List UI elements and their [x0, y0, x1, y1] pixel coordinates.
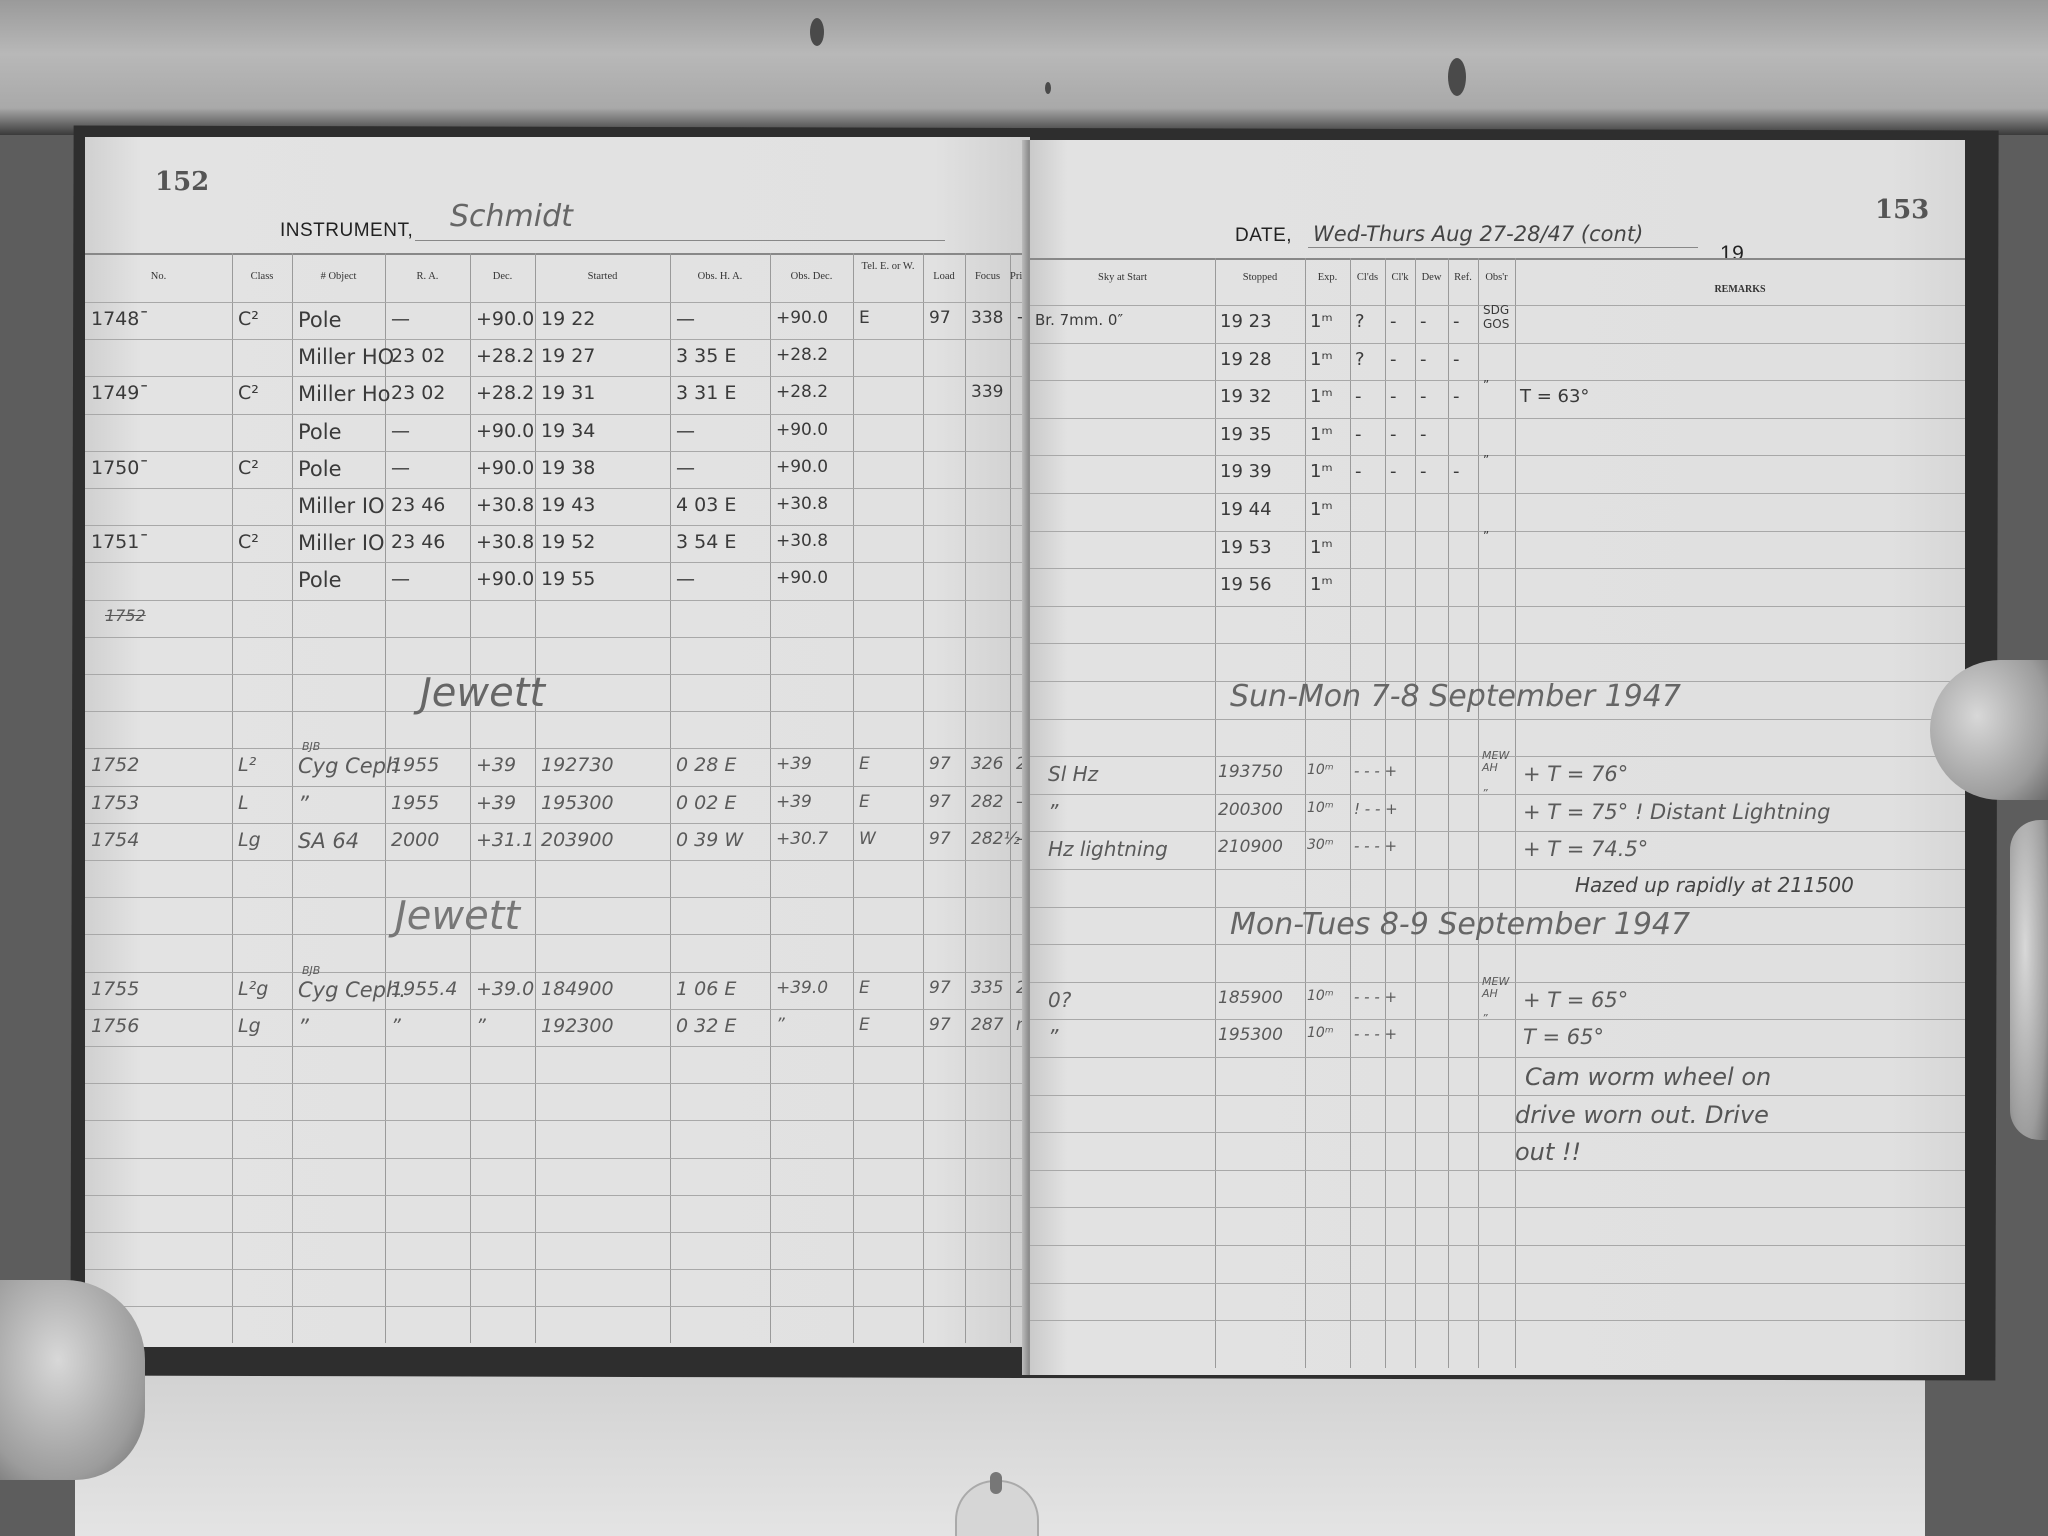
ledger-cell-dec: +28.2	[476, 382, 534, 404]
ledger-cell-object: Miller IO	[298, 531, 385, 555]
row-rule	[85, 1009, 1030, 1010]
row-rule	[1030, 1320, 1965, 1321]
ledger-cell-started: 19 34	[541, 420, 595, 442]
ledger-cell-focus: 339	[971, 382, 1003, 402]
ledger-cell-load: 97	[929, 308, 951, 328]
ledger-cell-object: Miller Ho	[298, 382, 391, 406]
ledger-cell-clk: -	[1390, 461, 1397, 482]
ledger-cell-tel: E	[859, 792, 870, 812]
row-rule	[85, 748, 1030, 749]
ledger-cell-remarks: T = 65°	[1523, 1025, 1604, 1049]
ledger-cell-focus: 326	[971, 754, 1003, 774]
object-note: BJB	[302, 964, 320, 977]
column-rule	[965, 253, 966, 1343]
ledger-cell-object: Cyg Ceph	[298, 754, 399, 778]
rule-top	[1030, 258, 1965, 260]
ledger-cell-no: 1750ˉ	[91, 457, 149, 479]
instrument-value: Schmidt	[450, 199, 573, 234]
ledger-cell-clk: -	[1390, 386, 1397, 407]
ledger-cell-dew: -	[1420, 424, 1427, 445]
ledger-cell-dew: -	[1420, 311, 1427, 332]
column-header: No.	[85, 271, 232, 283]
column-rule	[470, 253, 471, 1343]
column-rule	[1478, 258, 1479, 1368]
column-rule	[1350, 258, 1351, 1368]
ledger-cell-ref: -	[1453, 461, 1460, 482]
ledger-cell-dec: +90.0	[476, 308, 534, 330]
ledger-cell-focus: 282	[971, 792, 1003, 812]
ledger-cell-no: 1751ˉ	[91, 531, 149, 553]
ledger-cell-dec: +90.0	[476, 568, 534, 590]
column-header: Tel. E. or W.	[853, 261, 923, 273]
row-rule	[85, 674, 1030, 675]
ledger-cell-sky: Sl Hz	[1048, 762, 1098, 786]
row-rule	[85, 600, 1030, 601]
year-prefix: 19	[1720, 242, 1744, 266]
ledger-cell-class: C²	[238, 457, 259, 479]
ledger-cell-obs_ha: —	[676, 420, 695, 442]
ledger-cell-obs_ha: 1 06 E	[676, 978, 736, 1000]
ledger-cell-marks: ! - - +	[1354, 800, 1398, 818]
ledger-cell-obs_ha: 4 03 E	[676, 494, 736, 516]
page-number: 153	[1875, 195, 1929, 225]
wood-knot	[1448, 58, 1466, 96]
wood-knot	[1045, 82, 1051, 94]
row-rule	[85, 1120, 1030, 1121]
ledger-cell-obs_dec: +90.0	[776, 420, 828, 440]
ledger-cell-class: L	[238, 792, 249, 814]
ledger-cell-tel: E	[859, 754, 870, 774]
ledger-cell-ra: 2000	[391, 829, 439, 851]
ledger-cell-clds: -	[1355, 461, 1362, 482]
ledger-cell-obs_dec: +30.8	[776, 531, 828, 551]
ledger-cell-obs_ha: —	[676, 568, 695, 590]
ledger-cell-sky: Hz lightning	[1048, 837, 1168, 861]
ledger-cell-ra: —	[391, 568, 410, 590]
ledger-cell-clds: ?	[1355, 311, 1365, 332]
date-label: DATE,	[1235, 225, 1292, 247]
ledger-cell-load: 97	[929, 1015, 951, 1035]
row-rule	[1030, 493, 1965, 494]
row-rule	[1030, 719, 1965, 720]
ledger-cell-obsr: ”	[1483, 529, 1511, 543]
ledger-cell-remarks: + T = 65°	[1523, 988, 1628, 1012]
ledger-cell-object: Pole	[298, 308, 342, 332]
row-rule	[85, 823, 1030, 824]
column-header: Dec.	[470, 271, 535, 283]
row-rule	[85, 1232, 1030, 1233]
ledger-cell-object: ”	[298, 792, 309, 816]
ledger-cell-load: 97	[929, 978, 951, 998]
ledger-cell-sky: 0?	[1048, 988, 1071, 1012]
row-rule	[1030, 944, 1965, 945]
ledger-cell-dec: +28.2	[476, 345, 534, 367]
ledger-cell-stopped: 185900	[1218, 988, 1283, 1008]
ledger-cell-ra: 23 02	[391, 382, 445, 404]
column-header: REMARKS	[1515, 284, 1965, 296]
ledger-cell-no: 1753	[91, 792, 139, 814]
column-header: # Object	[292, 271, 385, 283]
ledger-cell-ra: —	[391, 308, 410, 330]
ledger-cell-clk: -	[1390, 349, 1397, 370]
ledger-cell-dew: -	[1420, 349, 1427, 370]
ledger-cell-dec: +30.8	[476, 531, 534, 553]
column-rule	[1215, 258, 1216, 1368]
ledger-cell-marks: - - - +	[1354, 762, 1397, 780]
column-header: Focus	[965, 271, 1010, 283]
ledger-cell-object: ”	[298, 1015, 309, 1039]
ledger-cell-started: 203900	[541, 829, 614, 851]
ledger-cell-started: 19 22	[541, 308, 595, 330]
ledger-cell-stopped: 19 53	[1220, 537, 1272, 558]
rule-top	[85, 253, 1030, 255]
ledger-cell-obs_ha: 0 28 E	[676, 754, 736, 776]
ledger-cell-no: 1754	[91, 829, 139, 851]
ledger-cell-obs_dec: +90.0	[776, 568, 828, 588]
ledger-cell-load: 97	[929, 829, 951, 849]
ledger-cell-class: L²g	[238, 978, 268, 1000]
column-rule	[1448, 258, 1449, 1368]
closing-remark-line: out !!	[1515, 1138, 1581, 1166]
ledger-cell-no: 1748ˉ	[91, 308, 149, 330]
row-rule	[1030, 1245, 1965, 1246]
ledger-cell-remarks: T = 63°	[1520, 386, 1589, 407]
ledger-right-page: 153 DATE, Wed-Thurs Aug 27-28/47 (cont) …	[1030, 140, 1965, 1375]
row-rule	[85, 934, 1030, 935]
page-number: 152	[155, 167, 209, 197]
ledger-cell-obs_dec: +30.7	[776, 829, 828, 849]
row-rule	[85, 488, 1030, 489]
ledger-cell-obs_ha: 3 35 E	[676, 345, 736, 367]
row-rule	[85, 1269, 1030, 1270]
ledger-cell-obs_dec: +39	[776, 754, 812, 774]
ledger-cell-no: 1755	[91, 978, 139, 1000]
ledger-cell-started: 19 52	[541, 531, 595, 553]
column-header: Exp.	[1305, 272, 1350, 284]
column-rule	[670, 253, 671, 1343]
ledger-cell-obsr: ”	[1482, 1013, 1512, 1025]
closing-remark-line: Cam worm wheel on	[1525, 1063, 1771, 1091]
ledger-cell-obs_dec: +90.0	[776, 308, 828, 328]
row-rule	[1030, 643, 1965, 644]
column-header: Class	[232, 271, 292, 283]
ledger-cell-obsr: SDG GOS	[1483, 303, 1511, 331]
row-rule	[85, 339, 1030, 340]
ledger-cell-ref: -	[1453, 349, 1460, 370]
column-rule	[535, 253, 536, 1343]
wooden-board	[0, 0, 2048, 135]
ledger-cell-object: Pole	[298, 568, 342, 592]
row-rule	[1030, 1283, 1965, 1284]
ledger-cell-exp: 1ᵐ	[1310, 349, 1333, 370]
ledger-cell-ref: -	[1453, 386, 1460, 407]
thumb-bottom-left	[0, 1280, 145, 1480]
ledger-cell-exp: 10ᵐ	[1307, 1025, 1334, 1041]
ledger-cell-ra: 1955.4	[391, 978, 457, 1000]
struck-entry: 1752	[105, 606, 146, 625]
ledger-cell-dew: -	[1420, 461, 1427, 482]
ledger-cell-clk: -	[1390, 311, 1397, 332]
row-rule	[85, 414, 1030, 415]
ledger-cell-tel: W	[859, 829, 876, 849]
ledger-cell-class: C²	[238, 531, 259, 553]
column-header: Sky at Start	[1030, 272, 1215, 284]
ledger-cell-ref: -	[1453, 311, 1460, 332]
row-rule	[85, 376, 1030, 377]
column-header: Started	[535, 271, 670, 283]
ledger-cell-obs_ha: —	[676, 457, 695, 479]
ledger-cell-dec: +39	[476, 754, 516, 776]
ledger-cell-remarks: + T = 74.5°	[1523, 837, 1648, 861]
ledger-cell-ra: 23 02	[391, 345, 445, 367]
ledger-cell-class: Lg	[238, 1015, 261, 1037]
ledger-cell-started: 184900	[541, 978, 614, 1000]
ledger-cell-started: 19 55	[541, 568, 595, 590]
ledger-cell-obs_ha: —	[676, 308, 695, 330]
ledger-cell-exp: 30ᵐ	[1307, 837, 1334, 853]
ledger-cell-started: 19 43	[541, 494, 595, 516]
ledger-cell-obs_dec: +39.0	[776, 978, 828, 998]
ledger-cell-no: 1749ˉ	[91, 382, 149, 404]
ledger-cell-ra: —	[391, 420, 410, 442]
row-rule	[1030, 1207, 1965, 1208]
ledger-cell-stopped: 19 39	[1220, 461, 1272, 482]
ledger-cell-object: SA 64	[298, 829, 359, 853]
ledger-cell-class: Lg	[238, 829, 261, 851]
ledger-cell-obsr: ”	[1482, 788, 1512, 800]
ledger-cell-ra: ”	[391, 1015, 401, 1037]
ledger-cell-exp: 1ᵐ	[1310, 574, 1333, 595]
ledger-cell-ra: —	[391, 457, 410, 479]
ledger-cell-dew: -	[1420, 386, 1427, 407]
ledger-cell-stopped: 19 32	[1220, 386, 1272, 407]
ledger-cell-clds: -	[1355, 424, 1362, 445]
ledger-cell-obs_dec: ”	[776, 1015, 785, 1035]
row-rule	[85, 1046, 1030, 1047]
column-header: R. A.	[385, 271, 470, 283]
row-rule	[85, 860, 1030, 861]
ledger-cell-stopped: 19 35	[1220, 424, 1272, 445]
ledger-cell-obs_ha: 0 02 E	[676, 792, 736, 814]
ledger-cell-tel: E	[859, 1015, 870, 1035]
ledger-cell-obs_dec: +30.8	[776, 494, 828, 514]
column-rule	[232, 253, 233, 1343]
ledger-cell-ra: 23 46	[391, 494, 445, 516]
ledger-cell-clds: -	[1355, 386, 1362, 407]
column-header: Ref.	[1448, 272, 1478, 284]
column-rule	[292, 253, 293, 1343]
ledger-cell-sky: Br. 7mm. 0″	[1035, 311, 1123, 329]
ledger-cell-exp: 1ᵐ	[1310, 461, 1333, 482]
ledger-cell-dec: +30.8	[476, 494, 534, 516]
ledger-cell-class: C²	[238, 382, 259, 404]
ledger-cell-obsr: MEW AH	[1482, 976, 1512, 1000]
column-header: Obs. H. A.	[670, 271, 770, 283]
ledger-cell-tel: E	[859, 308, 870, 328]
column-header: Load	[923, 271, 965, 283]
row-rule	[85, 637, 1030, 638]
ledger-cell-marks: - - - +	[1354, 837, 1397, 855]
ledger-cell-sky: ”	[1048, 800, 1058, 824]
ledger-cell-obs_ha: 0 32 E	[676, 1015, 736, 1037]
ledger-cell-exp: 10ᵐ	[1307, 988, 1334, 1004]
ledger-cell-ra: 1955	[391, 754, 439, 776]
ledger-cell-exp: 10ᵐ	[1307, 762, 1334, 778]
row-rule	[85, 451, 1030, 452]
ledger-cell-obs_ha: 0 39 W	[676, 829, 743, 851]
row-rule	[85, 525, 1030, 526]
ledger-cell-stopped: 200300	[1218, 800, 1283, 820]
column-rule	[923, 253, 924, 1343]
column-rule	[1010, 253, 1011, 1343]
wood-knot	[810, 18, 824, 46]
ledger-cell-clk: -	[1390, 424, 1397, 445]
ledger-cell-obs_ha: 3 31 E	[676, 382, 736, 404]
ledger-cell-exp: 1ᵐ	[1310, 537, 1333, 558]
ledger-cell-no: 1752	[91, 754, 139, 776]
ledger-cell-exp: 10ᵐ	[1307, 800, 1334, 816]
night-date-heading: Mon-Tues 8-9 September 1947	[1230, 907, 1690, 942]
column-header: Dew	[1415, 272, 1448, 284]
row-rule	[1030, 606, 1965, 607]
row-rule	[1030, 1132, 1965, 1133]
column-header: Stopped	[1215, 272, 1305, 284]
ledger-cell-tel: E	[859, 978, 870, 998]
ledger-cell-load: 97	[929, 792, 951, 812]
ledger-cell-obs_dec: +28.2	[776, 345, 828, 365]
row-rule	[85, 972, 1030, 973]
instrument-label: INSTRUMENT,	[280, 220, 413, 242]
ledger-cell-ra: 1955	[391, 792, 439, 814]
row-rule	[1030, 1095, 1965, 1096]
ledger-cell-obsr: ”	[1483, 378, 1511, 392]
column-header: Cl'ds	[1350, 272, 1385, 284]
ledger-cell-object: Miller IO	[298, 494, 385, 518]
ledger-cell-focus: 338	[971, 308, 1003, 328]
ledger-cell-object: Miller HO	[298, 345, 394, 369]
remark-note: Hazed up rapidly at 211500	[1575, 873, 1854, 897]
ledger-cell-dec: +31.1	[476, 829, 534, 851]
ledger-cell-focus: 335	[971, 978, 1003, 998]
row-rule	[85, 711, 1030, 712]
object-note: BJB	[302, 740, 320, 753]
ledger-cell-sky: ”	[1048, 1025, 1058, 1049]
fingers-right-edge	[2010, 820, 2048, 1140]
ledger-cell-remarks: + T = 75° ! Distant Lightning	[1523, 800, 1831, 824]
ledger-cell-stopped: 195300	[1218, 1025, 1283, 1045]
column-rule	[1415, 258, 1416, 1368]
column-header: Cl'k	[1385, 272, 1415, 284]
rule-header	[85, 302, 1030, 303]
ledger-cell-started: 19 27	[541, 345, 595, 367]
column-rule	[1515, 258, 1516, 1368]
row-rule	[1030, 343, 1965, 344]
ledger-cell-object: Cyg Ceph.	[298, 978, 406, 1002]
column-rule	[1305, 258, 1306, 1368]
row-rule	[1030, 1057, 1965, 1058]
ledger-cell-dec: +90.0	[476, 420, 534, 442]
ledger-left-page: 152 INSTRUMENT, Schmidt No.Class# Object…	[85, 137, 1030, 1347]
ledger-cell-dec: +39	[476, 792, 516, 814]
ledger-cell-started: 192730	[541, 754, 614, 776]
ledger-cell-stopped: 193750	[1218, 762, 1283, 782]
row-rule	[1030, 418, 1965, 419]
row-rule	[85, 786, 1030, 787]
ledger-cell-dec: ”	[476, 1015, 486, 1037]
row-rule	[1030, 831, 1965, 832]
ledger-cell-obs_dec: +39	[776, 792, 812, 812]
ledger-cell-started: 195300	[541, 792, 614, 814]
ledger-cell-dec: +39.0	[476, 978, 534, 1000]
row-rule	[85, 562, 1030, 563]
ledger-cell-started: 19 38	[541, 457, 595, 479]
night-date-heading: Sun-Mon 7-8 September 1947	[1230, 679, 1681, 714]
ledger-cell-started: 19 31	[541, 382, 595, 404]
ledger-cell-stopped: 19 23	[1220, 311, 1272, 332]
closing-remark-line: drive worn out. Drive	[1515, 1101, 1769, 1129]
date-value: Wed-Thurs Aug 27-28/47 (cont)	[1313, 222, 1643, 246]
ledger-cell-ra: 23 46	[391, 531, 445, 553]
section-title: Jewett	[420, 670, 545, 716]
ledger-cell-no: 1756	[91, 1015, 139, 1037]
ledger-cell-exp: 1ᵐ	[1310, 499, 1333, 520]
ledger-cell-obs_dec: +28.2	[776, 382, 828, 402]
column-rule	[770, 253, 771, 1343]
ledger-cell-stopped: 210900	[1218, 837, 1283, 857]
ledger-cell-marks: - - - +	[1354, 1025, 1397, 1043]
row-rule	[1030, 869, 1965, 870]
ledger-cell-dec: +90.0	[476, 457, 534, 479]
ledger-cell-obsr: ”	[1483, 453, 1511, 467]
ledger-cell-stopped: 19 28	[1220, 349, 1272, 370]
row-rule	[85, 1083, 1030, 1084]
section-title: Jewett	[395, 893, 520, 939]
ledger-cell-obs_dec: +90.0	[776, 457, 828, 477]
ledger-cell-clds: ?	[1355, 349, 1365, 370]
column-header: Obs'r	[1478, 272, 1515, 284]
row-rule	[85, 1158, 1030, 1159]
row-rule	[85, 897, 1030, 898]
ledger-cell-exp: 1ᵐ	[1310, 386, 1333, 407]
ledger-cell-obs_ha: 3 54 E	[676, 531, 736, 553]
row-rule	[1030, 568, 1965, 569]
ledger-cell-load: 97	[929, 754, 951, 774]
ledger-cell-stopped: 19 56	[1220, 574, 1272, 595]
ledger-cell-exp: 1ᵐ	[1310, 311, 1333, 332]
row-rule	[85, 1195, 1030, 1196]
ledger-cell-object: Pole	[298, 420, 342, 444]
ledger-cell-remarks: + T = 76°	[1523, 762, 1628, 786]
ledger-cell-class: C²	[238, 308, 259, 330]
ledger-cell-exp: 1ᵐ	[1310, 424, 1333, 445]
ledger-cell-focus: 287	[971, 1015, 1003, 1035]
ledger-cell-focus: 282½	[971, 829, 1020, 849]
ledger-cell-stopped: 19 44	[1220, 499, 1272, 520]
row-rule	[85, 1306, 1030, 1307]
column-rule	[853, 253, 854, 1343]
ledger-cell-started: 192300	[541, 1015, 614, 1037]
ledger-cell-object: Pole	[298, 457, 342, 481]
row-rule	[1030, 1170, 1965, 1171]
ledger-cell-marks: - - - +	[1354, 988, 1397, 1006]
ledger-cell-obsr: MEW AH	[1482, 750, 1512, 774]
ledger-cell-class: L²	[238, 754, 256, 776]
column-rule	[385, 253, 386, 1343]
column-header: Obs. Dec.	[770, 271, 853, 283]
